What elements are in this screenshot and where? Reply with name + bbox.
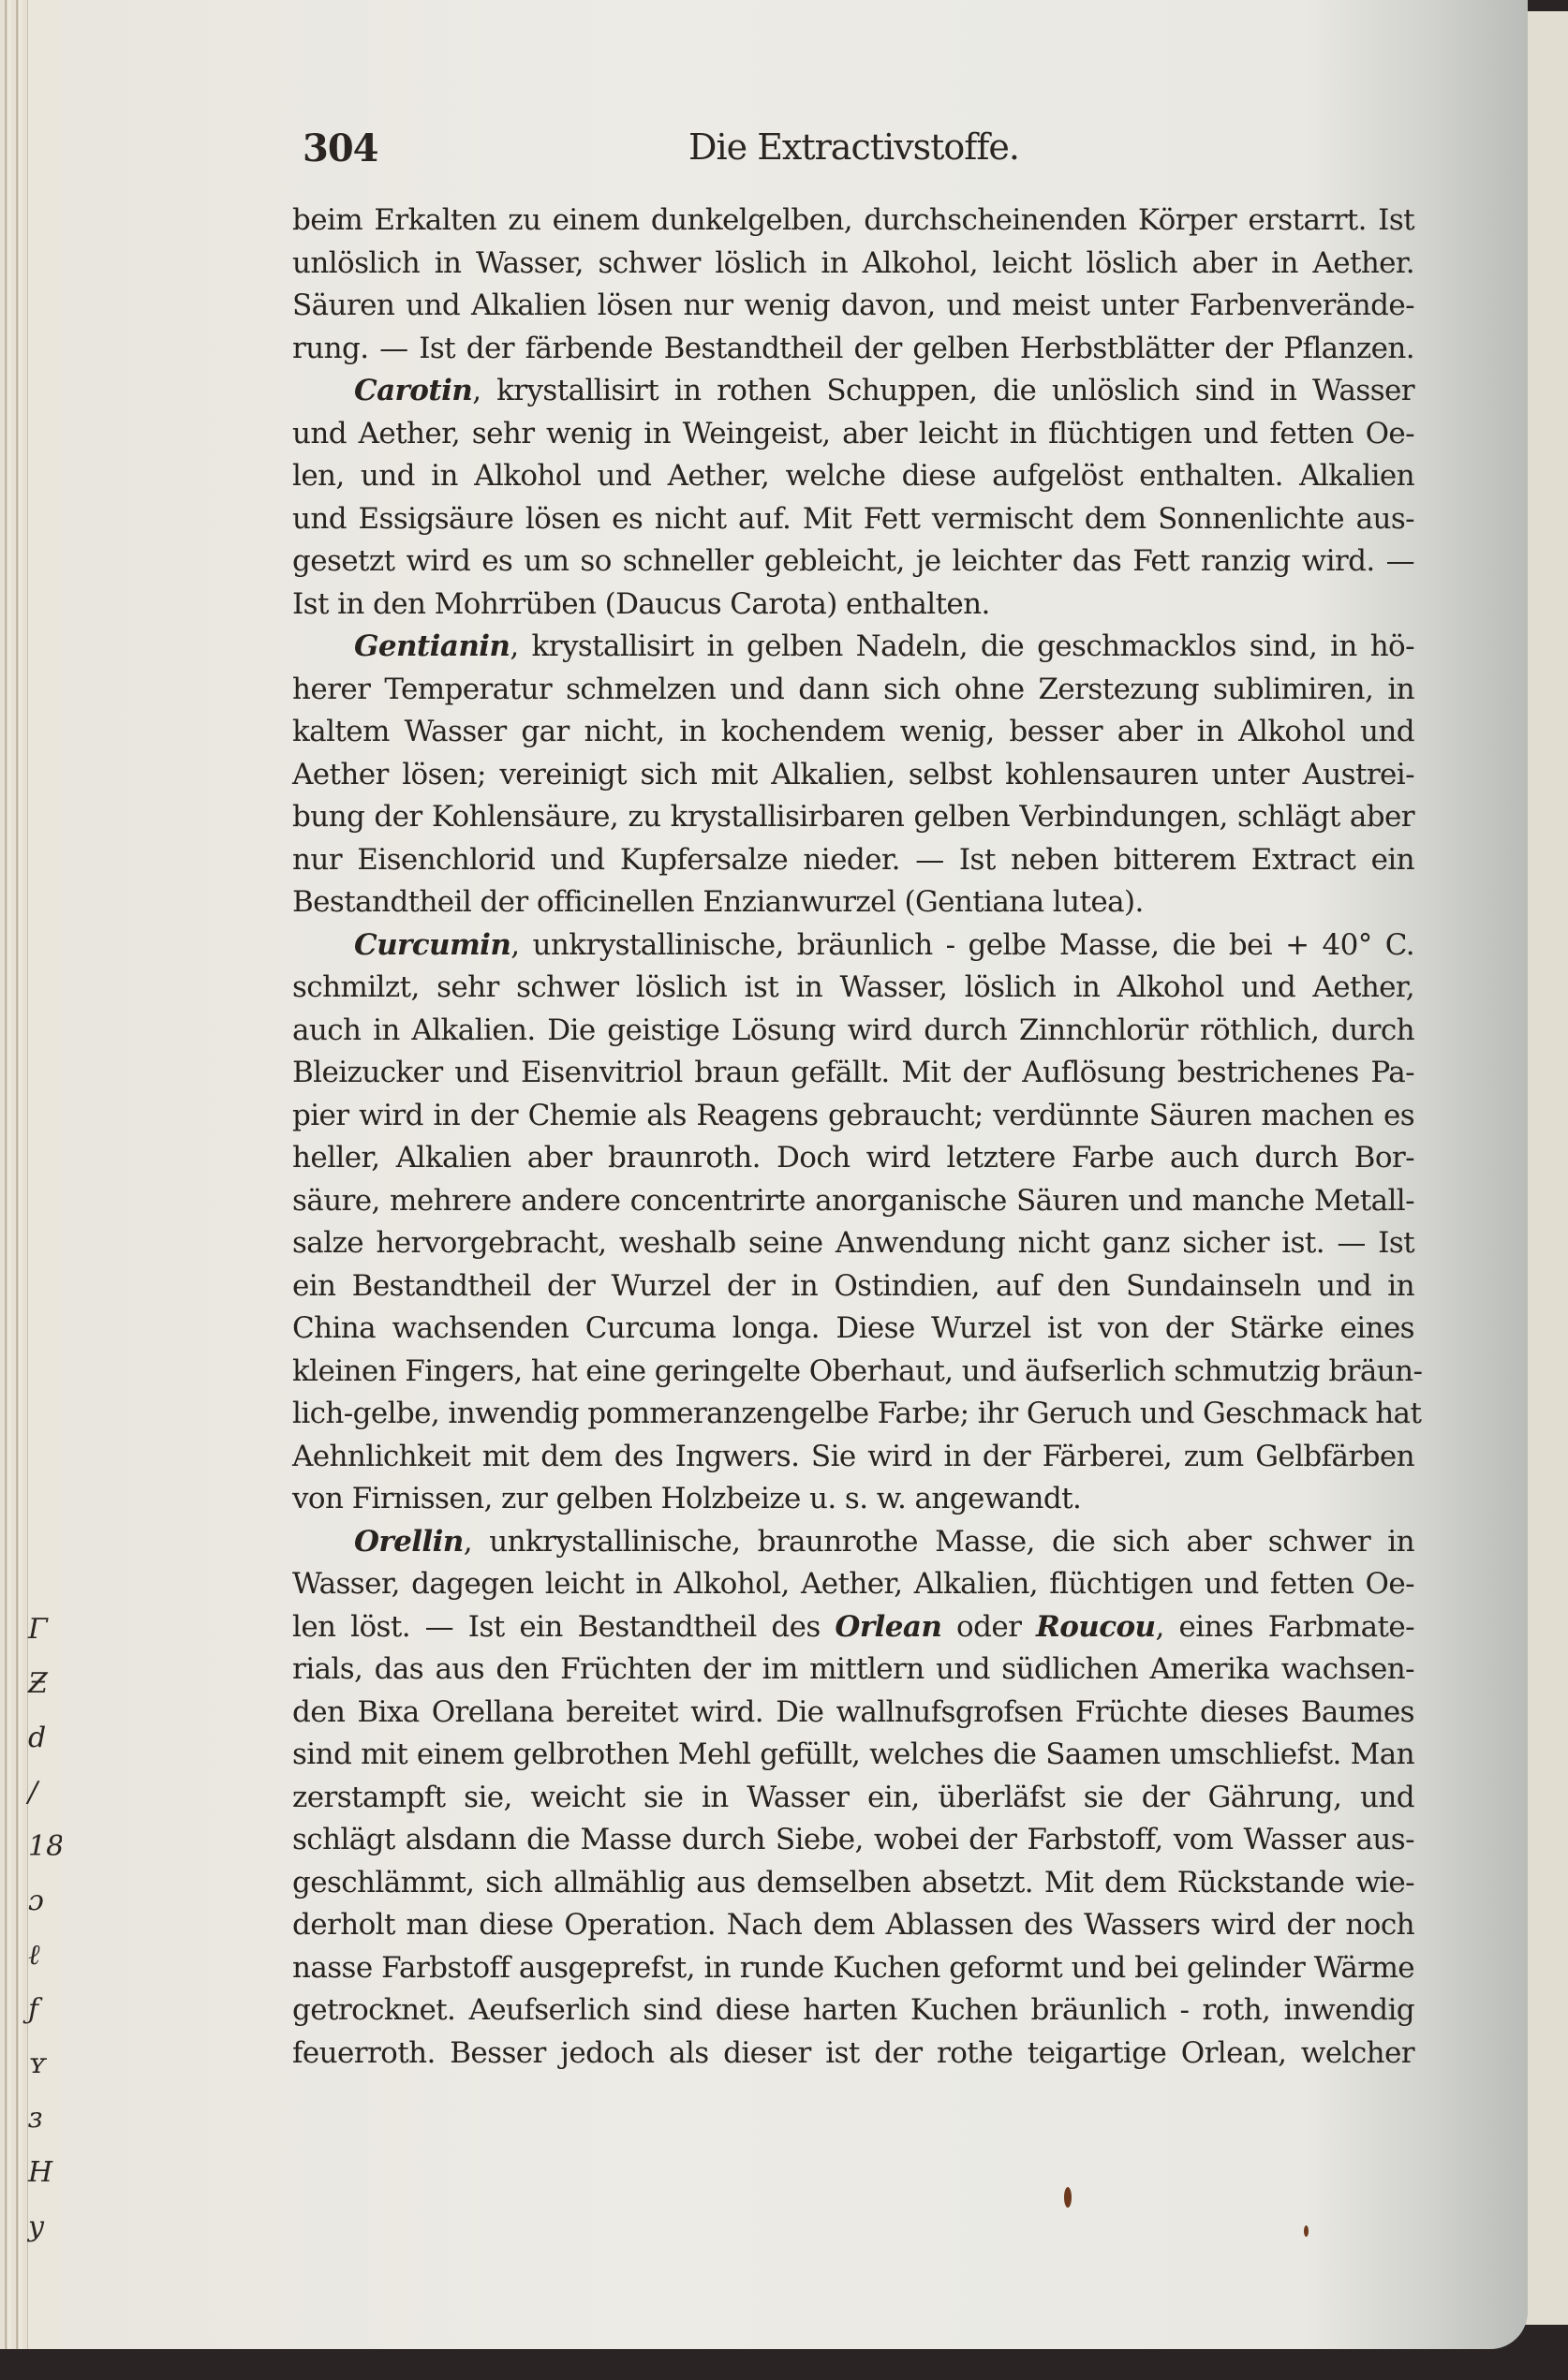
text-line: beim Erkalten zu einem dunkelgelben, dur… — [292, 200, 1414, 243]
text-line: salze hervorgebracht, weshalb seine Anwe… — [292, 1222, 1414, 1265]
paragraph-gentianin: Gentianin, krystallisirt in gelben Nadel… — [292, 626, 1414, 924]
margin-note: Γ — [28, 1611, 60, 1648]
paragraph-curcumin: Curcumin, unkrystallinische, bräunlich -… — [292, 924, 1414, 1521]
text-line: von Firnissen, zur gelben Holzbeize u. s… — [292, 1478, 1414, 1521]
text-line: auch in Alkalien. Die geistige Lösung wi… — [292, 1010, 1414, 1053]
margin-note: / — [28, 1774, 60, 1811]
text-line: den Bixa Orellana bereitet wird. Die wal… — [292, 1692, 1414, 1735]
text-line: sind mit einem gelbrothen Mehl gefüllt, … — [292, 1734, 1414, 1777]
text-line: geschlämmt, sich allmählig aus demselben… — [292, 1862, 1414, 1905]
text-line: schlägt alsdann die Masse durch Siebe, w… — [292, 1819, 1414, 1862]
handwritten-margin-notes: Γ Ƶ d / 18 ɔ ℓ ƒ ʏ ɜ H y — [28, 1611, 60, 2246]
text-line: len löst. — Ist ein Bestandtheil des Orl… — [292, 1606, 1414, 1649]
text-line: Säuren und Alkalien lösen nur wenig davo… — [292, 285, 1414, 328]
margin-note: ɔ — [28, 1883, 60, 1920]
scan-background — [0, 2349, 1568, 2380]
running-head: Die Extractivstoffe. — [688, 126, 1019, 168]
text-line: heller, Alkalien aber braunroth. Doch wi… — [292, 1137, 1414, 1180]
term-orellin: Orellin — [354, 1525, 464, 1559]
text-line: feuerroth. Besser jedoch als dieser ist … — [292, 2033, 1414, 2076]
text-line: Gentianin, krystallisirt in gelben Nadel… — [292, 626, 1414, 669]
margin-note: d — [28, 1720, 60, 1757]
page-header: 304 Die Extractivstoffe. — [303, 126, 1427, 183]
text-line: Aether lösen; vereinigt sich mit Alkalie… — [292, 754, 1414, 797]
margin-note: y — [28, 2209, 60, 2246]
text-line: Aehnlichkeit mit dem des Ingwers. Sie wi… — [292, 1436, 1414, 1479]
text-line: gesetzt wird es um so schneller gebleich… — [292, 540, 1414, 584]
text-line: nur Eisenchlorid und Kupfersalze nieder.… — [292, 839, 1414, 882]
text-line: und Aether, sehr wenig in Weingeist, abe… — [292, 413, 1414, 456]
term-roucou: Roucou — [1036, 1610, 1155, 1644]
text-line: rials, das aus den Früchten der im mittl… — [292, 1648, 1414, 1692]
page-number: 304 — [303, 126, 378, 170]
text-line: kaltem Wasser gar nicht, in kochendem we… — [292, 711, 1414, 754]
margin-note: 18 — [28, 1828, 60, 1866]
text-line: Bleizucker und Eisenvitriol braun gefäll… — [292, 1052, 1414, 1095]
text-line: derholt man diese Operation. Nach dem Ab… — [292, 1904, 1414, 1947]
text-line: getrocknet. Aeufserlich sind diese harte… — [292, 1989, 1414, 2033]
text-line: herer Temperatur schmelzen und dann sich… — [292, 669, 1414, 712]
margin-note: H — [28, 2154, 60, 2192]
text-line: Wasser, dagegen leicht in Alkohol, Aethe… — [292, 1563, 1414, 1606]
text-line: nasse Farbstoff ausgeprefst, in runde Ku… — [292, 1947, 1414, 1990]
text-line: ein Bestandtheil der Wurzel der in Ostin… — [292, 1265, 1414, 1308]
text-line: Ist in den Mohrrüben (Daucus Carota) ent… — [292, 584, 1414, 627]
text-line: kleinen Fingers, hat eine geringelte Obe… — [292, 1351, 1414, 1394]
text-line: lich-gelbe, inwendig pommeranzengelbe Fa… — [292, 1393, 1414, 1436]
term-gentianin: Gentianin — [354, 629, 510, 663]
text-line: Bestandtheil der officinellen Enzianwurz… — [292, 881, 1414, 924]
text-line: bung der Kohlensäure, zu krystallisirbar… — [292, 796, 1414, 839]
paragraph-carotin: Carotin, krystallisirt in rothen Schuppe… — [292, 370, 1414, 626]
text-line: schmilzt, sehr schwer löslich ist in Was… — [292, 967, 1414, 1010]
text-line: und Essigsäure lösen es nicht auf. Mit F… — [292, 498, 1414, 541]
text-line: säure, mehrere andere concentrirte anorg… — [292, 1180, 1414, 1223]
term-curcumin: Curcumin — [354, 928, 510, 962]
margin-note: ƒ — [28, 1991, 60, 2029]
margin-note: Ƶ — [28, 1665, 60, 1703]
ink-stain — [1304, 2225, 1309, 2237]
paragraph-continuation: beim Erkalten zu einem dunkelgelben, dur… — [292, 200, 1414, 370]
next-page-edge — [1521, 11, 1568, 2325]
term-carotin: Carotin — [354, 374, 472, 407]
text-line: Carotin, krystallisirt in rothen Schuppe… — [292, 370, 1414, 413]
paragraph-orellin: Orellin, unkrystallinische, braunrothe M… — [292, 1521, 1414, 2076]
text-line: len, und in Alkohol und Aether, welche d… — [292, 455, 1414, 498]
margin-note: ɜ — [28, 2100, 60, 2137]
text-line: pier wird in der Chemie als Reagens gebr… — [292, 1095, 1414, 1138]
text-line: rung. — Ist der färbende Bestandtheil de… — [292, 328, 1414, 371]
term-orlean: Orlean — [835, 1610, 941, 1644]
ink-stain — [1064, 2187, 1072, 2208]
text-line: Curcumin, unkrystallinische, bräunlich -… — [292, 924, 1414, 968]
text-line: China wachsenden Curcuma longa. Diese Wu… — [292, 1308, 1414, 1351]
margin-note: ℓ — [28, 1937, 60, 1974]
text-line: unlöslich in Wasser, schwer löslich in A… — [292, 243, 1414, 286]
text-line: zerstampft sie, weicht sie in Wasser ein… — [292, 1777, 1414, 1820]
margin-note: ʏ — [28, 2046, 60, 2083]
body-text: beim Erkalten zu einem dunkelgelben, dur… — [292, 200, 1414, 2075]
text-line: Orellin, unkrystallinische, braunrothe M… — [292, 1521, 1414, 1564]
